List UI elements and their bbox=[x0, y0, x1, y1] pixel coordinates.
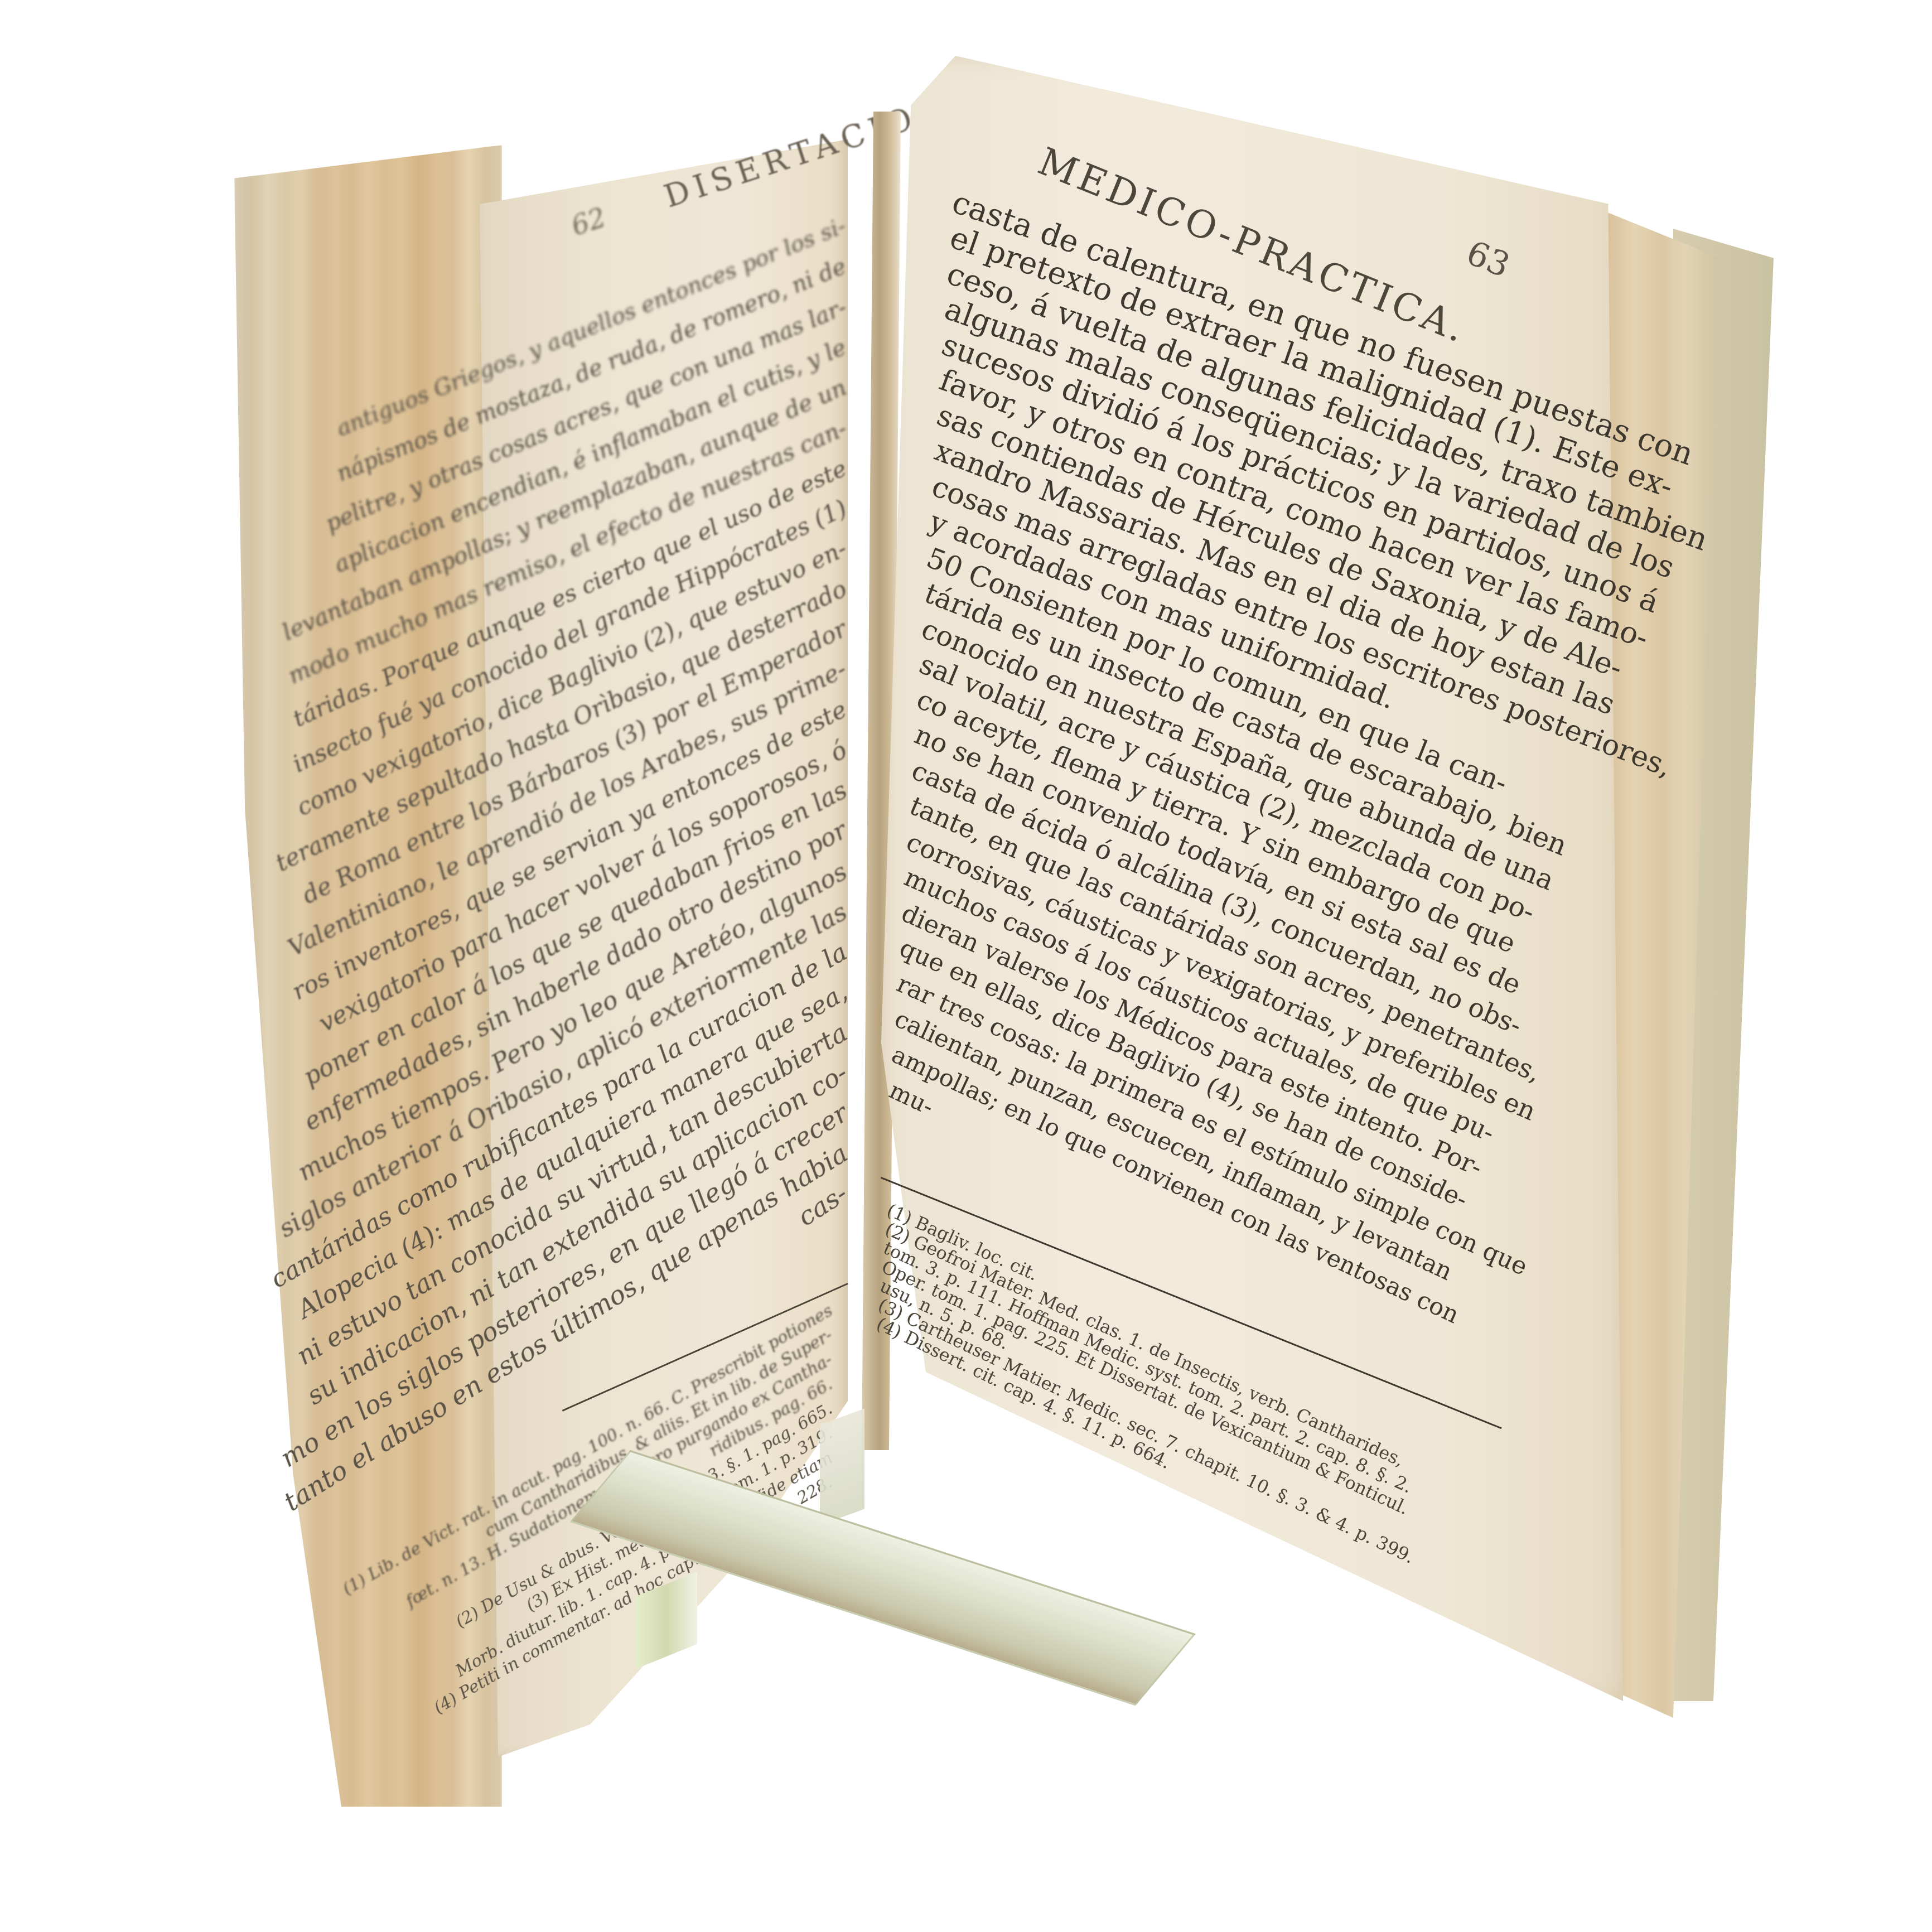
book-stand-back bbox=[820, 1408, 864, 1525]
left-page-stack-edge bbox=[234, 145, 502, 1807]
photo-scene: DISERTACION 62 antiguos Griegos, y aquel… bbox=[0, 0, 1932, 1932]
